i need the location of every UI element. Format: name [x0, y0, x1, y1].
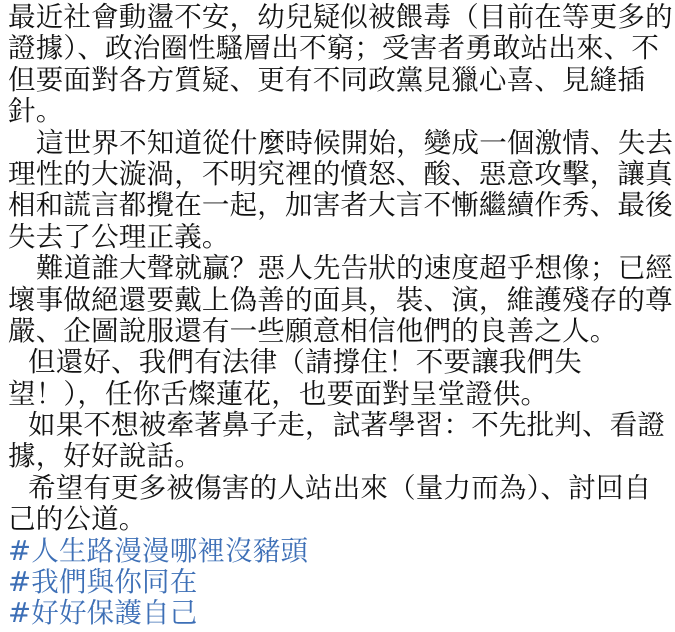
paragraph-4: 但還好、我們有法律（請撐住！不要讓我們失 望！），任你舌燦蓮花，也要面對呈堂證供… [8, 347, 673, 410]
text-line: 如果不想被牽著鼻子走，試著學習：不先批判、看證 [8, 410, 673, 441]
paragraph-6: 希望有更多被傷害的人站出來（量力而為）、討回自 己的公道。 [8, 473, 673, 536]
text-line: 嚴、企圖說服還有一些願意相信他們的良善之人。 [8, 316, 673, 347]
hashtag-link[interactable]: #我們與你同在 [8, 566, 197, 598]
hashtag-link[interactable]: #人生路漫漫哪裡沒豬頭 [8, 535, 308, 567]
text-line: 但還好、我們有法律（請撐住！不要讓我們失 [8, 347, 673, 378]
paragraph-2: 這世界不知道從什麼時候開始，變成一個激情、失去 理性的大漩渦，不明究裡的憤怒、酸… [8, 128, 673, 254]
hashtag-list: #人生路漫漫哪裡沒豬頭 #我們與你同在 #好好保護自己 [8, 536, 673, 630]
paragraph-1: 最近社會動盪不安，幼兒疑似被餵毒（目前在等更多的 證據）、政治圈性騷層出不窮；受… [8, 2, 673, 128]
text-line: 針。 [8, 96, 673, 127]
post-body: 最近社會動盪不安，幼兒疑似被餵毒（目前在等更多的 證據）、政治圈性騷層出不窮；受… [8, 2, 673, 630]
text-line: 相和謊言都攪在一起，加害者大言不慚繼續作秀、最後 [8, 190, 673, 221]
paragraph-5: 如果不想被牽著鼻子走，試著學習：不先批判、看證 據，好好說話。 [8, 410, 673, 473]
text-line: 但要面對各方質疑、更有不同政黨見獵心喜、見縫插 [8, 65, 673, 96]
text-line: 己的公道。 [8, 504, 673, 535]
text-line: 希望有更多被傷害的人站出來（量力而為）、討回自 [8, 473, 673, 504]
text-line: 這世界不知道從什麼時候開始，變成一個激情、失去 [8, 128, 673, 159]
hashtag-link[interactable]: #好好保護自己 [8, 597, 197, 629]
text-line: 望！），任你舌燦蓮花，也要面對呈堂證供。 [8, 379, 673, 410]
text-line: 最近社會動盪不安，幼兒疑似被餵毒（目前在等更多的 [8, 2, 673, 33]
text-line: 難道誰大聲就贏？惡人先告狀的速度超乎想像；已經 [8, 253, 673, 284]
text-line: 證據）、政治圈性騷層出不窮；受害者勇敢站出來、不 [8, 33, 673, 64]
text-line: 理性的大漩渦，不明究裡的憤怒、酸、惡意攻擊，讓真 [8, 159, 673, 190]
text-line: 失去了公理正義。 [8, 222, 673, 253]
text-line: 壞事做絕還要戴上偽善的面具，裝、演，維護殘存的尊 [8, 285, 673, 316]
text-line: 據，好好說話。 [8, 441, 673, 472]
paragraph-3: 難道誰大聲就贏？惡人先告狀的速度超乎想像；已經 壞事做絕還要戴上偽善的面具，裝、… [8, 253, 673, 347]
